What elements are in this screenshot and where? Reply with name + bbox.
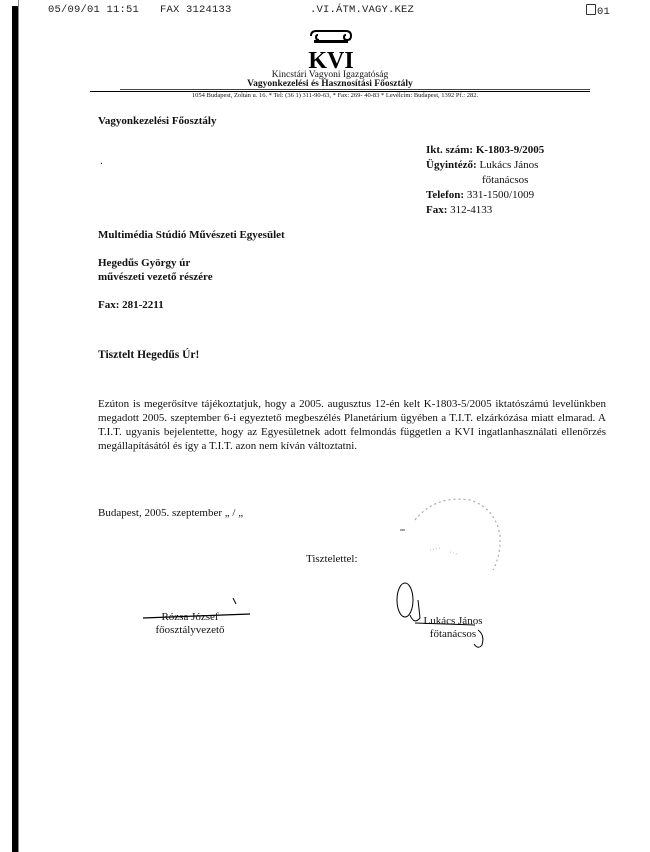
fax-number: FAX 3124133 [160,4,232,16]
ikt-value: K-1803-9/2005 [476,144,544,156]
fax-edge-line [18,0,19,852]
signature-block-rozsa: Rózsa József főosztályvezető [140,611,240,637]
fax-page-indicator: 01 [586,4,610,18]
signatory-title: főosztályvezető [140,624,240,637]
letterhead-address: 1054 Budapest, Zoltán u. 16. * Tel: (36 … [100,92,570,99]
organization-department: Vagyonkezelési és Hasznosítási Főosztály [150,79,510,89]
recipient-role: művészeti vezető részére [98,270,285,284]
recipient-name: Hegedűs György úr [98,256,285,270]
reference-block: Ikt. szám: K-1803-9/2005 Ügyintéző: Luká… [426,143,544,218]
recipient-fax: Fax: 281-2211 [98,298,285,312]
date-line: Budapest, 2005. szeptember „ / „ [98,507,243,519]
ugyintezo-label: Ügyintéző: [426,159,477,171]
telefon-value: 331-1500/1009 [467,189,534,201]
fax-page-icon [586,4,596,15]
sender-dot: . [100,155,103,167]
ugyintezo-value: Lukács János [479,159,538,171]
signatory-name: Lukács János [408,615,498,628]
signatory-title: főtanácsos [408,628,498,641]
ugyintezo-title: főtanácsos [426,173,544,188]
fax-label: Fax: [426,204,447,216]
signatory-name: Rózsa József [140,611,240,624]
fax-value: 312-4133 [450,204,492,216]
kvi-column-logo-icon: KVI [307,30,355,70]
recipient-block: Multimédia Stúdió Művészeti Egyesület He… [98,228,285,312]
closing: Tisztelettel: [306,553,358,565]
telefon-label: Telefon: [426,189,464,201]
fax-sender-id: .VI.ÁTM.VAGY.KEZ [310,4,414,16]
letter-body: Ezúton is megerősítve tájékoztatjuk, hog… [98,397,606,453]
salutation: Tisztelt Hegedűs Úr! [98,349,199,361]
sender-department: Vagyonkezelési Főosztály [98,115,216,127]
ikt-label: Ikt. szám: [426,144,473,156]
fax-page-number: 01 [597,6,610,18]
official-stamp-icon [395,490,505,575]
fax-datetime: 05/09/01 11:51 [48,4,139,16]
svg-text:KVI: KVI [308,48,353,70]
letterhead-rule-top [120,89,590,90]
signature-block-lukacs: Lukács János főtanácsos [408,615,498,641]
recipient-organization: Multimédia Stúdió Művészeti Egyesület [98,228,285,242]
